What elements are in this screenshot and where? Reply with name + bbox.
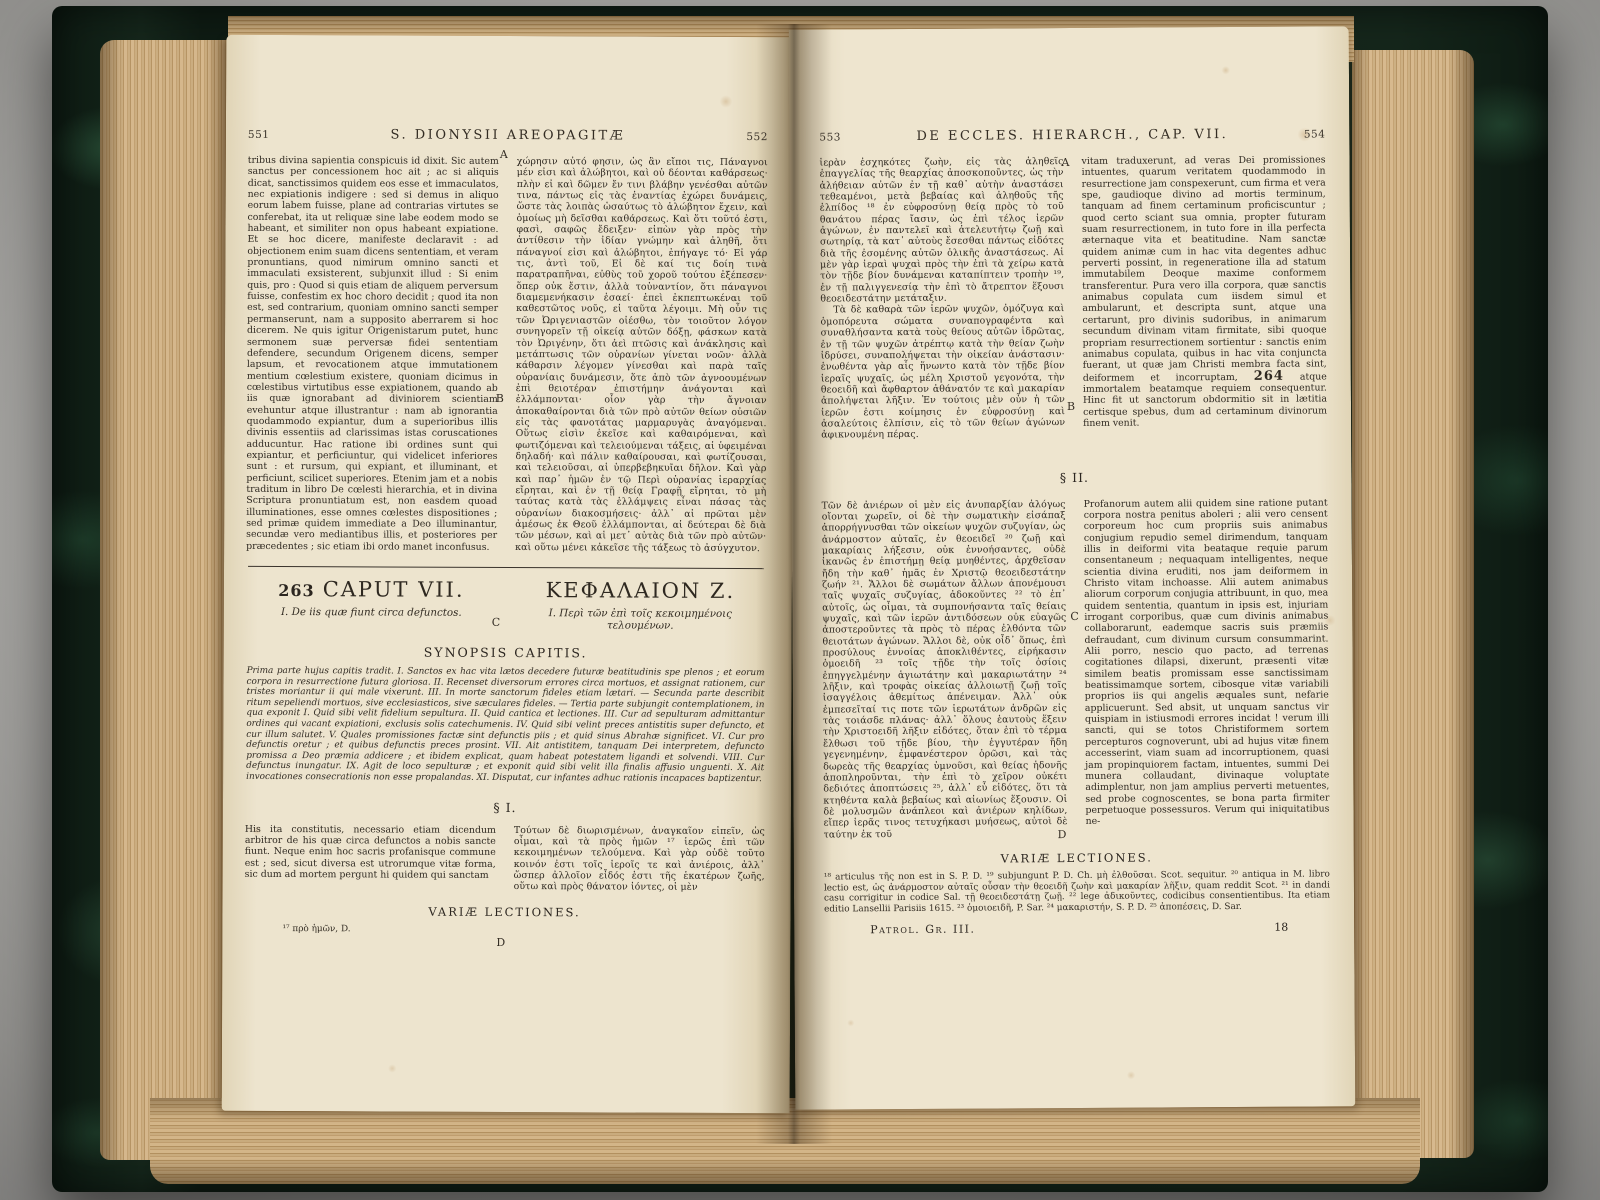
- section-divider-rule: [248, 566, 764, 569]
- paragraph: Profanorum autem alii quidem sine ration…: [1084, 497, 1330, 827]
- inline-column-number: 264: [1254, 368, 1284, 383]
- chapter-heading-latin: 263CAPUT VII. I. De iis quæ fiunt circa …: [246, 577, 497, 631]
- greek-column: Τούτων δὲ διωρισμένων, ἀναγκαῖον εἰπεῖν,…: [514, 825, 765, 894]
- page-edges-left: [100, 40, 228, 1160]
- column-section-letter: C: [492, 616, 500, 629]
- paragraph: Τῶν δὲ ἀνιέρων οἱ μὲν εἰς ἀνυπαρξίαν ἀλό…: [822, 499, 1068, 841]
- page-right: 553 DE ECCLES. HIERARCH., CAP. VII. 554 …: [789, 26, 1356, 1109]
- page-number: 551: [248, 129, 270, 141]
- variae-lectiones-heading: VARIÆ LECTIONES.: [244, 903, 764, 919]
- imprint-row: Patrol. Gr. III. 18: [824, 921, 1330, 937]
- column-number: 263: [278, 581, 314, 600]
- paragraph: χώρησιν αὐτό φησιν, ὡς ἂν εἴποι τις, Πάν…: [515, 156, 768, 554]
- chapter-subtitle-latin: I. De iis quæ fiunt circa defunctos.: [246, 606, 497, 619]
- footnotes-block: ¹⁸ articulus τῆς non est in S. P. D. ¹⁹ …: [824, 869, 1330, 914]
- page-number: 552: [746, 131, 768, 143]
- synopsis-heading: SYNOPSIS CAPITIS.: [246, 644, 766, 661]
- left-page-columns: tribus divina sapientia conspicuis id di…: [246, 155, 768, 554]
- page-left: 551 S. DIONYSII AREOPAGITÆ 552 A B C D t…: [222, 35, 795, 1113]
- variae-lectiones-heading: VARIÆ LECTIONES.: [824, 849, 1330, 866]
- chapter-title-greek: ΚΕΦΑΛΑΙΟΝ Ζ.: [546, 578, 736, 603]
- greek-column: χώρησιν αὐτό φησιν, ὡς ἂν εἴποι τις, Πάν…: [515, 156, 768, 554]
- footnote: ¹⁷ πρὸ ἡμῶν, D.: [244, 923, 764, 936]
- section-1-heading: § I.: [245, 798, 765, 815]
- synopsis-text: Prima parte hujus capitis tradit. I. San…: [246, 666, 765, 785]
- latin-text-segment: vitam traduxerunt, ad veras Dei promissi…: [1081, 154, 1326, 383]
- latin-column: His ita constitutis, necessario etiam di…: [245, 823, 496, 892]
- column-section-letter: D: [496, 936, 505, 949]
- section-2-heading: § II.: [821, 468, 1327, 486]
- greek-column: ἱερὰν ἐσχηκότες ζωὴν, εἰς τὰς ἀληθεῖς ἐπ…: [819, 156, 1065, 441]
- paragraph: vitam traduxerunt, ad veras Dei promissi…: [1081, 154, 1327, 429]
- column-section-letter: A: [1061, 156, 1069, 169]
- right-page-header: 553 DE ECCLES. HIERARCH., CAP. VII. 554: [819, 126, 1325, 144]
- page-edges-right: [1352, 50, 1474, 1158]
- chapter-heading-greek: ΚΕΦΑΛΑΙΟΝ Ζ. I. Περὶ τῶν ἐπὶ τοῖς κεκοιμ…: [515, 578, 766, 632]
- paragraph: ἱερὰν ἐσχηκότες ζωὴν, εἰς τὰς ἀληθεῖς ἐπ…: [819, 156, 1064, 305]
- column-section-letter: A: [500, 148, 508, 161]
- page-number: 554: [1304, 128, 1326, 140]
- latin-column: tribus divina sapientia conspicuis id di…: [246, 155, 499, 553]
- paragraph: tribus divina sapientia conspicuis id di…: [246, 155, 499, 553]
- latin-column: Profanorum autem alii quidem sine ration…: [1084, 497, 1330, 839]
- right-page-columns-bottom: Τῶν δὲ ἀνιέρων οἱ μὲν εἰς ἀνυπαρξίαν ἀλό…: [822, 497, 1330, 840]
- column-section-letter: D: [1058, 828, 1067, 841]
- greek-column: Τῶν δὲ ἀνιέρων οἱ μὲν εἰς ἀνυπαρξίαν ἀλό…: [822, 499, 1068, 841]
- left-page-header: 551 S. DIONYSII AREOPAGITÆ 552: [248, 127, 768, 144]
- chapter-heading-row: 263CAPUT VII. I. De iis quæ fiunt circa …: [246, 577, 766, 632]
- paragraph: His ita constitutis, necessario etiam di…: [245, 823, 496, 881]
- paragraph: Τούτων δὲ διωρισμένων, ἀναγκαῖον εἰπεῖν,…: [514, 825, 765, 894]
- book-photograph: 551 S. DIONYSII AREOPAGITÆ 552 A B C D t…: [0, 0, 1600, 1200]
- gathering-signature: 18: [1274, 921, 1288, 934]
- chapter-title-latin: CAPUT VII.: [323, 577, 465, 602]
- column-section-letter: B: [1067, 400, 1075, 413]
- column-section-letter: C: [1070, 610, 1079, 623]
- column-section-letter: B: [496, 392, 504, 405]
- section-1-columns: His ita constitutis, necessario etiam di…: [245, 823, 765, 893]
- imprint-patrol-gr: Patrol. Gr. III.: [870, 923, 975, 937]
- right-page-columns-top: ἱερὰν ἐσχηκότες ζωὴν, εἰς τὰς ἀληθεῖς ἐπ…: [819, 154, 1327, 441]
- latin-column: vitam traduxerunt, ad veras Dei promissi…: [1081, 154, 1327, 439]
- running-title: DE ECCLES. HIERARCH., CAP. VII.: [916, 127, 1228, 144]
- chapter-subtitle-greek: I. Περὶ τῶν ἐπὶ τοῖς κεκοιμημένοις τελου…: [515, 607, 766, 632]
- running-title: S. DIONYSII AREOPAGITÆ: [391, 127, 626, 143]
- paragraph: Τὰ δὲ καθαρὰ τῶν ἱερῶν ψυχῶν, ὁμόζυγα κα…: [820, 304, 1065, 442]
- page-number: 553: [819, 131, 841, 143]
